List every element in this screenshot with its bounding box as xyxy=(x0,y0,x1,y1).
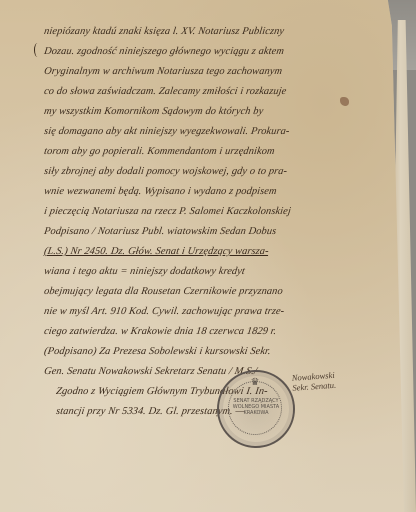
text-line-11: Podpisano / Notariusz Publ. wiatowskim S… xyxy=(43,222,402,242)
text-line-5: my wszystkim Komornikom Sądowym do który… xyxy=(43,102,402,122)
text-line-7: torom aby go popierali. Kommendantom i u… xyxy=(43,142,402,162)
seal-text: SENAT RZĄDZĄCY WOLNEGO MIASTA KRAKOWA xyxy=(229,398,283,416)
handwritten-text-block: niepiózany ktadú znaki księza l. XV. Not… xyxy=(44,22,400,422)
text-line-3: Oryginalnym w archiwum Notariusza tego z… xyxy=(43,62,402,82)
crown-icon: ♛ xyxy=(246,378,264,388)
text-line-13: wiana i tego aktu = niniejszy dodatkowy … xyxy=(43,262,402,282)
text-line-4: co do słowa zaświadczam. Zalecamy zmiłoś… xyxy=(43,82,402,102)
text-line-12-register-number: (L.S.) Nr 2450. Dz. Głów. Senat i Urzędz… xyxy=(43,242,402,262)
text-line-2: Dozau. zgodność niniejszego głównego wyc… xyxy=(43,42,402,62)
document-page: niepiózany ktadú znaki księza l. XV. Not… xyxy=(0,0,404,512)
text-line-17: (Podpisano) Za Prezesa Sobolewski i kurs… xyxy=(43,342,402,362)
text-line-8: siły zbrojnej aby dodali pomocy wojskowe… xyxy=(43,162,402,182)
text-line-9: wnie wezwanemi będą. Wypisano i wydano z… xyxy=(43,182,402,202)
text-line-1: niepiózany ktadú znaki księza l. XV. Not… xyxy=(43,22,402,42)
margin-bracket xyxy=(34,43,41,57)
text-line-14: obejmujący legata dla Rousetan Czernikow… xyxy=(43,282,402,302)
text-line-10: i pieczęcią Notariusza na rzecz P. Salom… xyxy=(43,202,402,222)
text-line-16-date: ciego zatwierdza. w Krakowie dnia 18 cze… xyxy=(43,322,402,342)
text-line-15: nie w myśl Art. 910 Kod. Cywil. zachowuj… xyxy=(43,302,402,322)
official-seal: ♛ SENAT RZĄDZĄCY WOLNEGO MIASTA KRAKOWA xyxy=(217,370,295,448)
text-line-6: się domagano aby akt niniejszy wyegzekwo… xyxy=(43,122,402,142)
